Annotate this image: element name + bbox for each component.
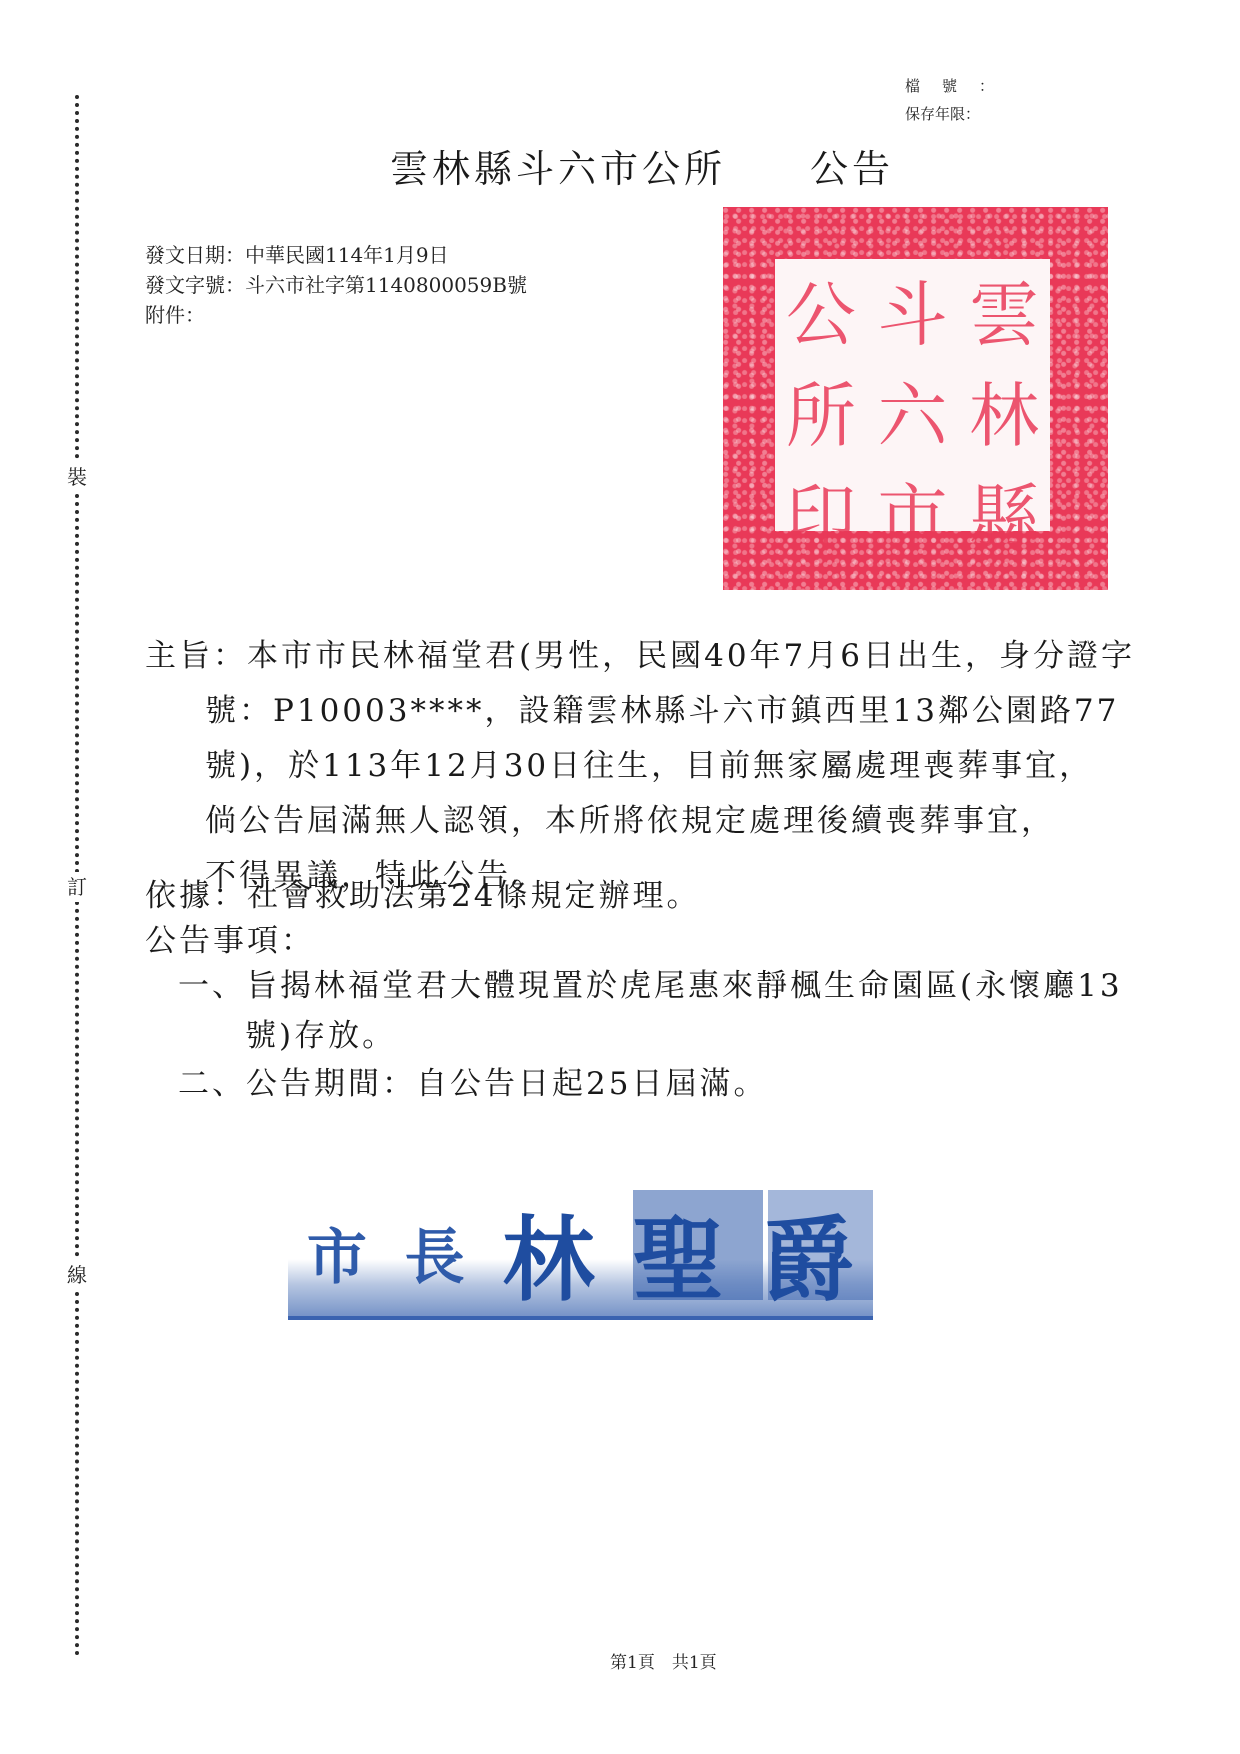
seal-char: 所 (775, 360, 867, 461)
binding-char-ding: 訂 (62, 872, 92, 902)
retention-colon: ： (965, 100, 980, 128)
attachment-row: 附件： (145, 300, 527, 330)
file-meta: 檔號： 保存年限： (905, 72, 994, 128)
attachment-label: 附件： (145, 303, 205, 327)
title-doc-type: 公告 (810, 147, 894, 191)
item-1-text: 旨揭林福堂君大體現置於虎尾惠來靜楓生命園區(永懷廳13 (246, 968, 1123, 1004)
official-seal-icon: 雲 林 縣 斗 六 市 公 所 印 (723, 207, 1108, 590)
page-number: 第1頁 共1頁 (610, 1648, 717, 1673)
doc-number-row: 發文字號：斗六市社字第1140800059B號 (145, 270, 527, 300)
subject-text: 本市市民林福堂君(男性，民國40年7月6日出生，身分證字 (247, 638, 1135, 674)
page-title: 雲林縣斗六市公所 公告 (390, 138, 894, 193)
subject-line-1: 主旨：本市市民林福堂君(男性，民國40年7月6日出生，身分證字 (145, 630, 1135, 675)
item-2-line-1: 二、公告期間：自公告日起25日屆滿。 (178, 1058, 767, 1103)
stamp-title-char: 市 (307, 1210, 367, 1296)
item-1-line-2: 號)存放。 (245, 1010, 396, 1055)
seal-char: 林 (958, 360, 1050, 461)
items-heading: 公告事項： (145, 915, 315, 960)
title-org: 雲林縣斗六市公所 (390, 147, 726, 191)
seal-inner-field: 雲 林 縣 斗 六 市 公 所 印 (775, 259, 1050, 531)
subject-line-3: 號)，於113年12月30日往生，目前無家屬處理喪葬事宜， (205, 740, 1093, 785)
mayor-signature-stamp: 市 長 林 聖 爵 (288, 1190, 873, 1320)
seal-char: 雲 (958, 259, 1050, 360)
stamp-name-char: 聖 (632, 1187, 724, 1319)
seal-char: 縣 (958, 461, 1050, 562)
stamp-name-char: 爵 (762, 1187, 854, 1319)
doc-number-label: 發文字號： (145, 273, 245, 297)
binding-char-zhuang: 裝 (62, 462, 92, 492)
seal-char: 斗 (867, 259, 959, 360)
seal-char: 印 (775, 461, 867, 562)
seal-char: 公 (775, 259, 867, 360)
item-1-line-1: 一、旨揭林福堂君大體現置於虎尾惠來靜楓生命園區(永懷廳13 (178, 960, 1123, 1005)
file-number-row: 檔號： (905, 72, 994, 100)
subject-line-4: 倘公告屆滿無人認領，本所將依規定處理後續喪葬事宜， (205, 795, 1055, 840)
retention-row: 保存年限： (905, 100, 994, 128)
file-number-label: 檔號 (905, 72, 979, 100)
seal-char: 六 (867, 360, 959, 461)
issue-date-row: 發文日期：中華民國114年1月9日 (145, 240, 527, 270)
issue-date-label: 發文日期： (145, 243, 245, 267)
item-2-marker: 二、 (178, 1066, 246, 1102)
item-1-marker: 一、 (178, 968, 246, 1004)
seal-char: 市 (867, 461, 959, 562)
basis-line: 依據：社會救助法第24條規定辦理。 (145, 870, 700, 915)
item-2-text: 公告期間：自公告日起25日屆滿。 (246, 1066, 767, 1102)
retention-label: 保存年限 (905, 100, 965, 128)
document-info: 發文日期：中華民國114年1月9日 發文字號：斗六市社字第1140800059B… (145, 240, 527, 330)
basis-text: 社會救助法第24條規定辦理。 (247, 878, 700, 914)
subject-line-2: 號：P10003****，設籍雲林縣斗六市鎮西里13鄰公園路77 (205, 685, 1119, 730)
doc-number-value: 斗六市社字第1140800059B號 (245, 273, 527, 297)
stamp-name-char: 林 (502, 1187, 594, 1319)
issue-date-value: 中華民國114年1月9日 (245, 243, 449, 267)
basis-label: 依據： (145, 878, 247, 914)
file-number-colon: ： (979, 72, 994, 100)
binding-char-xian: 線 (62, 1260, 92, 1290)
subject-label: 主旨： (145, 638, 247, 674)
stamp-title-char: 長 (405, 1210, 465, 1296)
